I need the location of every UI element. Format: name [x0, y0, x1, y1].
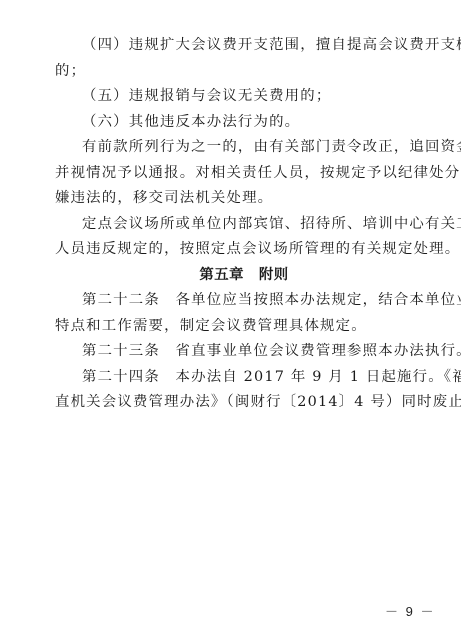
text-line: 有前款所列行为之一的，由有关部门责令改正，追回资金，: [55, 135, 433, 161]
text-line: （六）其他违反本办法行为的。: [55, 110, 433, 136]
text-line: 并视情况予以通报。对相关责任人员，按规定予以纪律处分；涉: [55, 161, 433, 187]
article-line: 第二十三条 省直事业单位会议费管理参照本办法执行。: [55, 339, 433, 365]
page-number: － 9 －: [385, 601, 435, 620]
article-line: 特点和工作需要，制定会议费管理具体规定。: [55, 314, 433, 340]
text-line: 定点会议场所或单位内部宾馆、招待所、培训中心有关工作: [55, 212, 433, 238]
article-line: 第二十四条 本办法自 2017 年 9 月 1 日起施行。《福建省省: [55, 365, 433, 391]
article-line: 第二十二条 各单位应当按照本办法规定，结合本单位业务: [55, 288, 433, 314]
text-line: 人员违反规定的，按照定点会议场所管理的有关规定处理。: [55, 237, 433, 263]
text-line: （四）违规扩大会议费开支范围，擅自提高会议费开支标准: [55, 33, 433, 59]
text-line: 的；: [55, 59, 433, 85]
document-page: （四）违规扩大会议费开支范围，擅自提高会议费开支标准 的； （五）违规报销与会议…: [55, 33, 433, 416]
chapter-heading: 第五章 附则: [55, 263, 433, 289]
text-line: （五）违规报销与会议无关费用的；: [55, 84, 433, 110]
article-line: 直机关会议费管理办法》（闽财行〔2014〕4 号）同时废止。: [55, 390, 433, 416]
text-line: 嫌违法的，移交司法机关处理。: [55, 186, 433, 212]
